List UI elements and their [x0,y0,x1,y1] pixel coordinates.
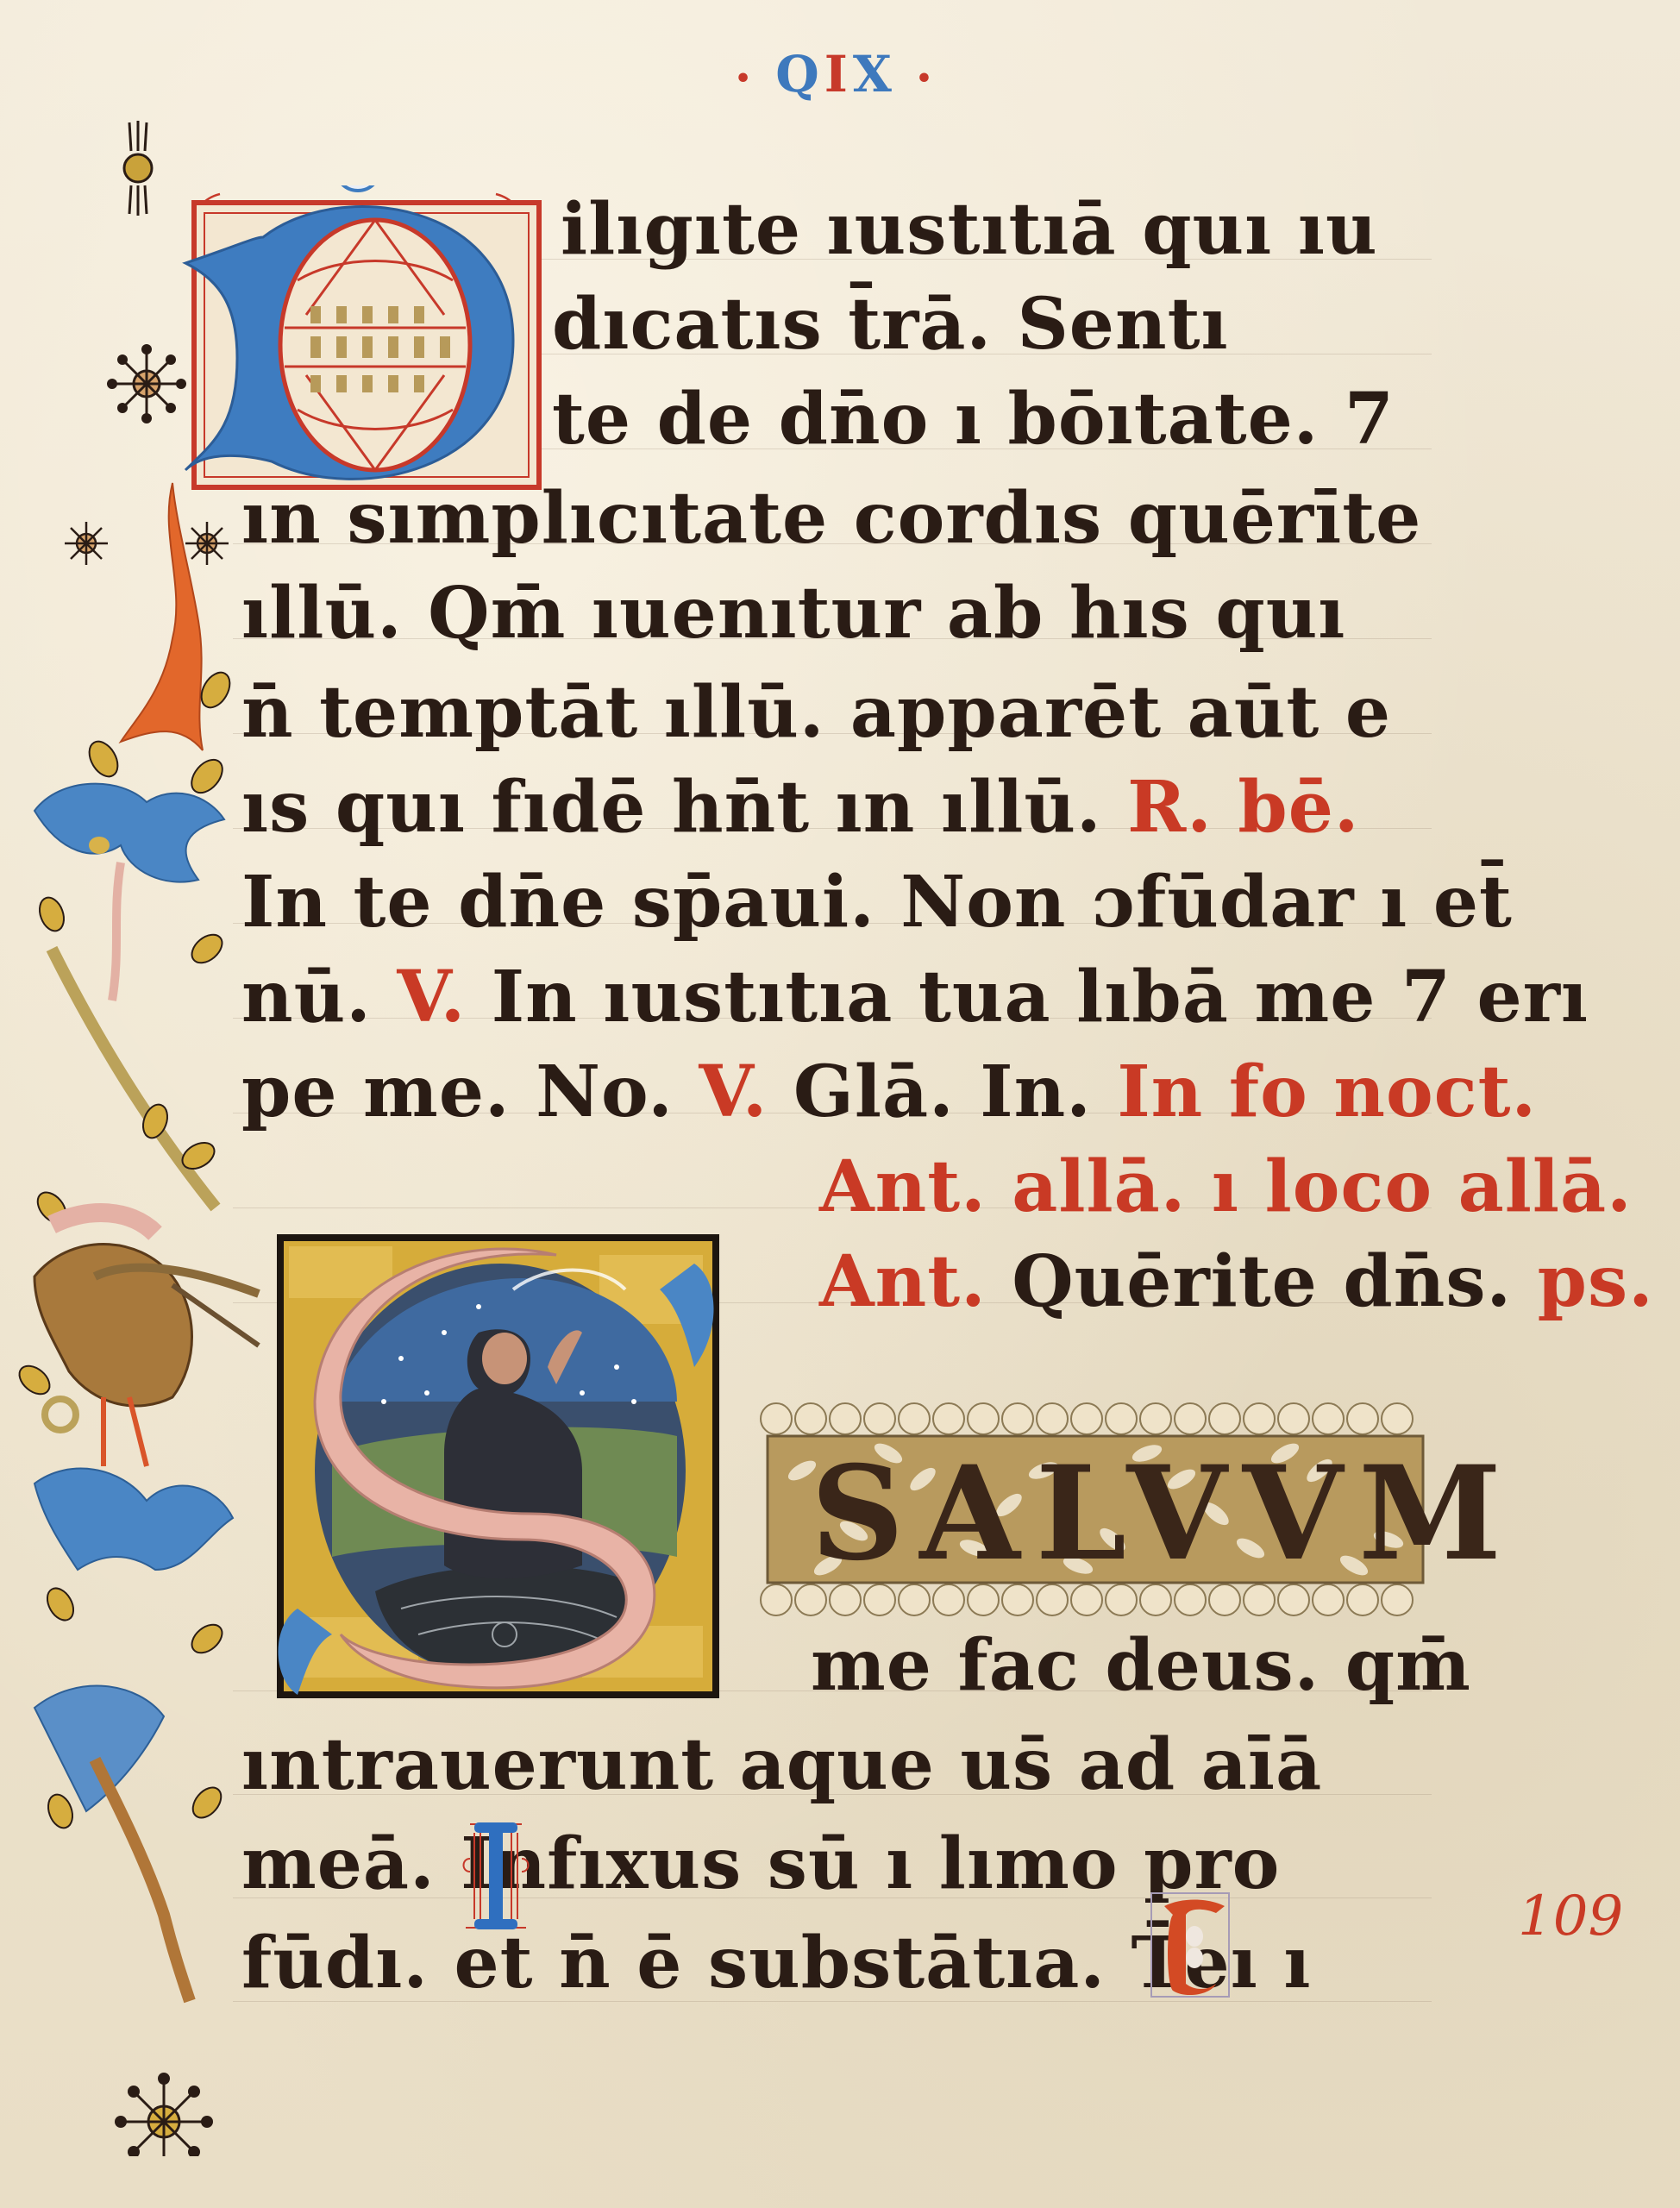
text-line-11: Ant. allā. ı loco allā. [819,1151,1633,1222]
rubric: In fo noct. [1117,1051,1537,1133]
text-line-6: n̄ temptāt ıllū. apparēt aūt e [241,677,1391,748]
serpent-tail-icon [95,1759,190,2001]
manuscript-page: •QIX• [0,0,1680,2208]
text-line-4: ın sımplıcıtate cordıs quērīte [241,483,1421,554]
decorated-initial-i: I [453,1807,539,1945]
page-number: 109 [1518,1885,1623,1948]
text-line-9: nū. V. In ıustıtıa tua lıbā me 7 erı [241,962,1589,1032]
display-script-banner: SALVVM [750,1402,1440,1617]
text-line-1: ilıgıte ıustıtıā quı ıu [561,194,1378,265]
decorated-initial-d: D [168,185,548,492]
rubric: Ant. allā. ı loco allā. [819,1145,1633,1228]
initial-d-letter: D [168,185,169,186]
text-line-12: Ant. Quērite dn̄s. ps. [819,1246,1654,1317]
decorated-initial-t: T [1147,1889,1233,2001]
folio-dot-right: • [916,64,937,94]
text-line-8: In te dn̄e sp̄aui. Non ɔfūdar ı et̄ [241,867,1513,938]
rubric: Ant. [819,1240,987,1323]
text-line-5: ıllū. Qm̄ ıuenıtur ab hıs quı [241,578,1345,649]
acanthus-leaf-icon [121,483,203,750]
blue-leaf-icon [34,1469,233,1570]
folio-number: •QIX• [716,45,956,103]
banner-text: SALVVM [811,1449,1517,1578]
text-line-14: ıntrauerunt aque us̄ ad aīā [241,1729,1322,1800]
rosette-icon [115,2073,213,2156]
text-line-7: ıs quı fıdē hn̄t ın ıllū. R. bē. [241,772,1359,843]
rubric-versicle: V. [397,956,466,1038]
folio-letter-i: I [824,45,853,103]
text-line-13: me fac deus. qm̄ [811,1630,1471,1701]
folio-letter-x: X [853,45,897,103]
svg-text:S: S [272,1229,273,1230]
historiated-initial-s: S [272,1229,724,1703]
text-line-2: dıcatıs t̄rā. Sentı [552,289,1229,360]
bird-icon [34,1213,259,1466]
rosette-icon [185,522,229,565]
svg-text:T: T [1147,1889,1148,1890]
svg-text:I: I [453,1807,454,1808]
rosette-icon [124,121,152,216]
compass-rose-icon [335,185,380,191]
blue-leaf-icon [34,1686,164,1811]
rubric-versicle: V. [699,1051,768,1133]
text-line-15: meā. Infıxus sū ı lımo pro [241,1828,1280,1899]
blue-flower-icon [34,784,224,882]
text-line-3: te de dn̄o ı bōıtate. 7 [552,384,1395,455]
rubric: R. bē. [1127,766,1359,849]
rubric: ps. [1538,1240,1654,1323]
folio-dot-left: • [735,64,756,94]
rosette-icon [65,522,108,565]
folio-letter-c: Q [775,45,824,103]
text-line-10: pe me. No. V. Glā. In. In fo noct. [241,1057,1537,1127]
